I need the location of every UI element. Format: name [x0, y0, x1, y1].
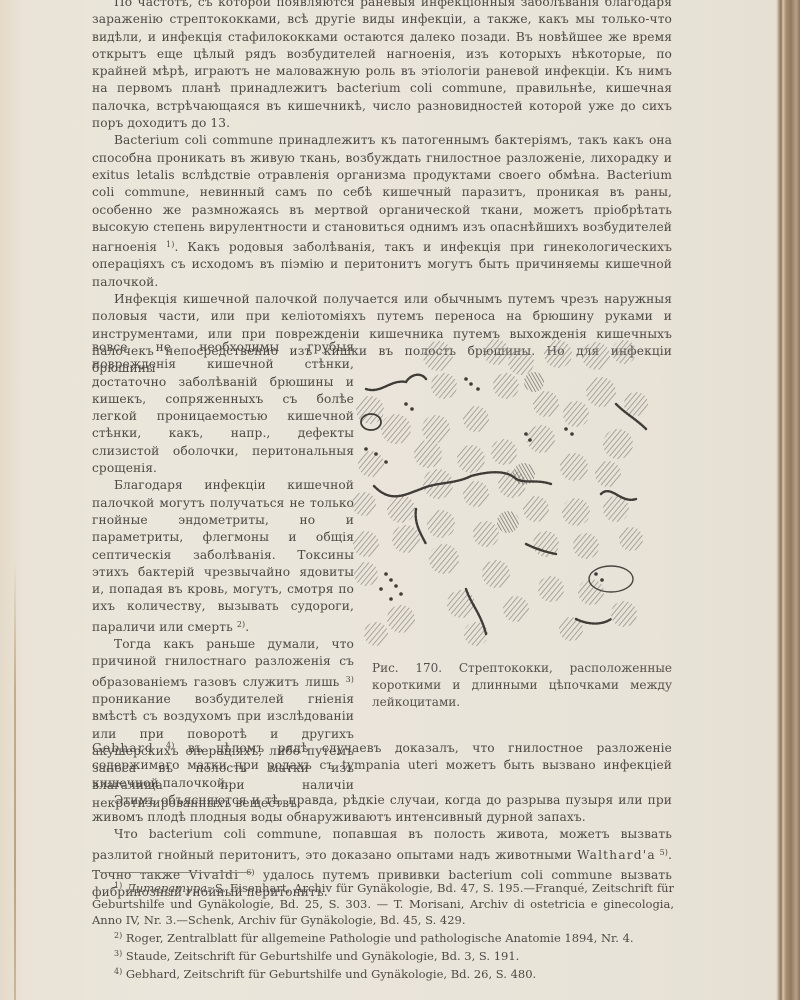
footnote-mark-3: 3) [114, 949, 122, 958]
paragraph-putrefaction-a: Тогда какъ раньше думали, что причиной г… [92, 637, 354, 689]
body-text-top: По частотѣ, съ которой появляются раневы… [92, 0, 672, 378]
footnote-ref-4[interactable]: 4) [154, 741, 175, 750]
footnote-2: 2) Roger, Zentralblatt für allgemeine Pa… [92, 928, 674, 946]
footnote-mark-1: 1) [114, 881, 122, 890]
micrograph-drawing [346, 334, 654, 654]
footnote-ref-5[interactable]: 5) [656, 848, 668, 857]
figure-caption: Рис. 170. Стрептококки, расположенные ко… [372, 660, 672, 711]
footnote-4-text: Gebhard, Zeitschrift für Geburtshilfe un… [122, 967, 536, 981]
paragraph-bacterium-coli-b: . Какъ родовыя заболѣванія, такъ и инфек… [92, 240, 672, 289]
footnote-4: 4) Gebhard, Zeitschrift für Geburtshilfe… [92, 964, 674, 982]
footnote-2-text: Roger, Zentralblatt für allgemeine Patho… [122, 931, 633, 945]
author-walthard: Walthard'a [577, 848, 656, 862]
body-text-bottom: Gebhard 4) въ цѣломъ рядѣ случаевъ доказ… [92, 737, 672, 902]
footnote-3-text: Staude, Zeitschrift für Geburtshilfe und… [122, 949, 519, 963]
author-gebhard: Gebhard [92, 741, 154, 755]
figure-streptococci-illustration [346, 334, 654, 654]
paragraph-gebhard: Gebhard 4) въ цѣломъ рядѣ случаевъ доказ… [92, 737, 672, 792]
footnote-1: 1) Литература: S. Eisenhart, Archiv für … [92, 878, 674, 928]
paragraph-rare-cases: Этимъ объясняются и тѣ, правда, рѣдкіе с… [92, 792, 672, 827]
book-spine-edge [776, 0, 800, 1000]
page-left-edge [0, 0, 22, 1000]
footnote-label-literature: Литература [126, 881, 207, 895]
paragraph-toxins: Благодаря инфекціи кишечной палочкой мог… [92, 477, 354, 636]
footnote-ref-2[interactable]: 2) [237, 620, 245, 629]
book-page: По частотѣ, съ которой появляются раневы… [0, 0, 776, 1000]
footnote-mark-2: 2) [114, 931, 122, 940]
page-fold-crease [14, 560, 16, 1000]
paragraph-toxins-text: Благодаря инфекціи кишечной палочкой мог… [92, 478, 354, 633]
footnote-ref-3[interactable]: 3) [346, 675, 354, 684]
paragraph-intro: По частотѣ, съ которой появляются раневы… [92, 0, 672, 132]
footnote-3: 3) Staude, Zeitschrift für Geburtshilfe … [92, 946, 674, 964]
footnote-mark-4: 4) [114, 967, 122, 976]
footnotes: 1) Литература: S. Eisenhart, Archiv für … [92, 878, 674, 982]
paragraph-peritoneum: вовсе не необходимы грубыя поврежденія к… [92, 339, 354, 477]
paragraph-gebhard-text: въ цѣломъ рядѣ случаевъ доказалъ, что гн… [92, 741, 672, 790]
paragraph-bacterium-coli-a: Bacterium coli commune принадлежитъ къ п… [92, 133, 672, 254]
footnote-divider [100, 872, 252, 873]
paragraph-bacterium-coli: Bacterium coli commune принадлежитъ къ п… [92, 132, 672, 291]
